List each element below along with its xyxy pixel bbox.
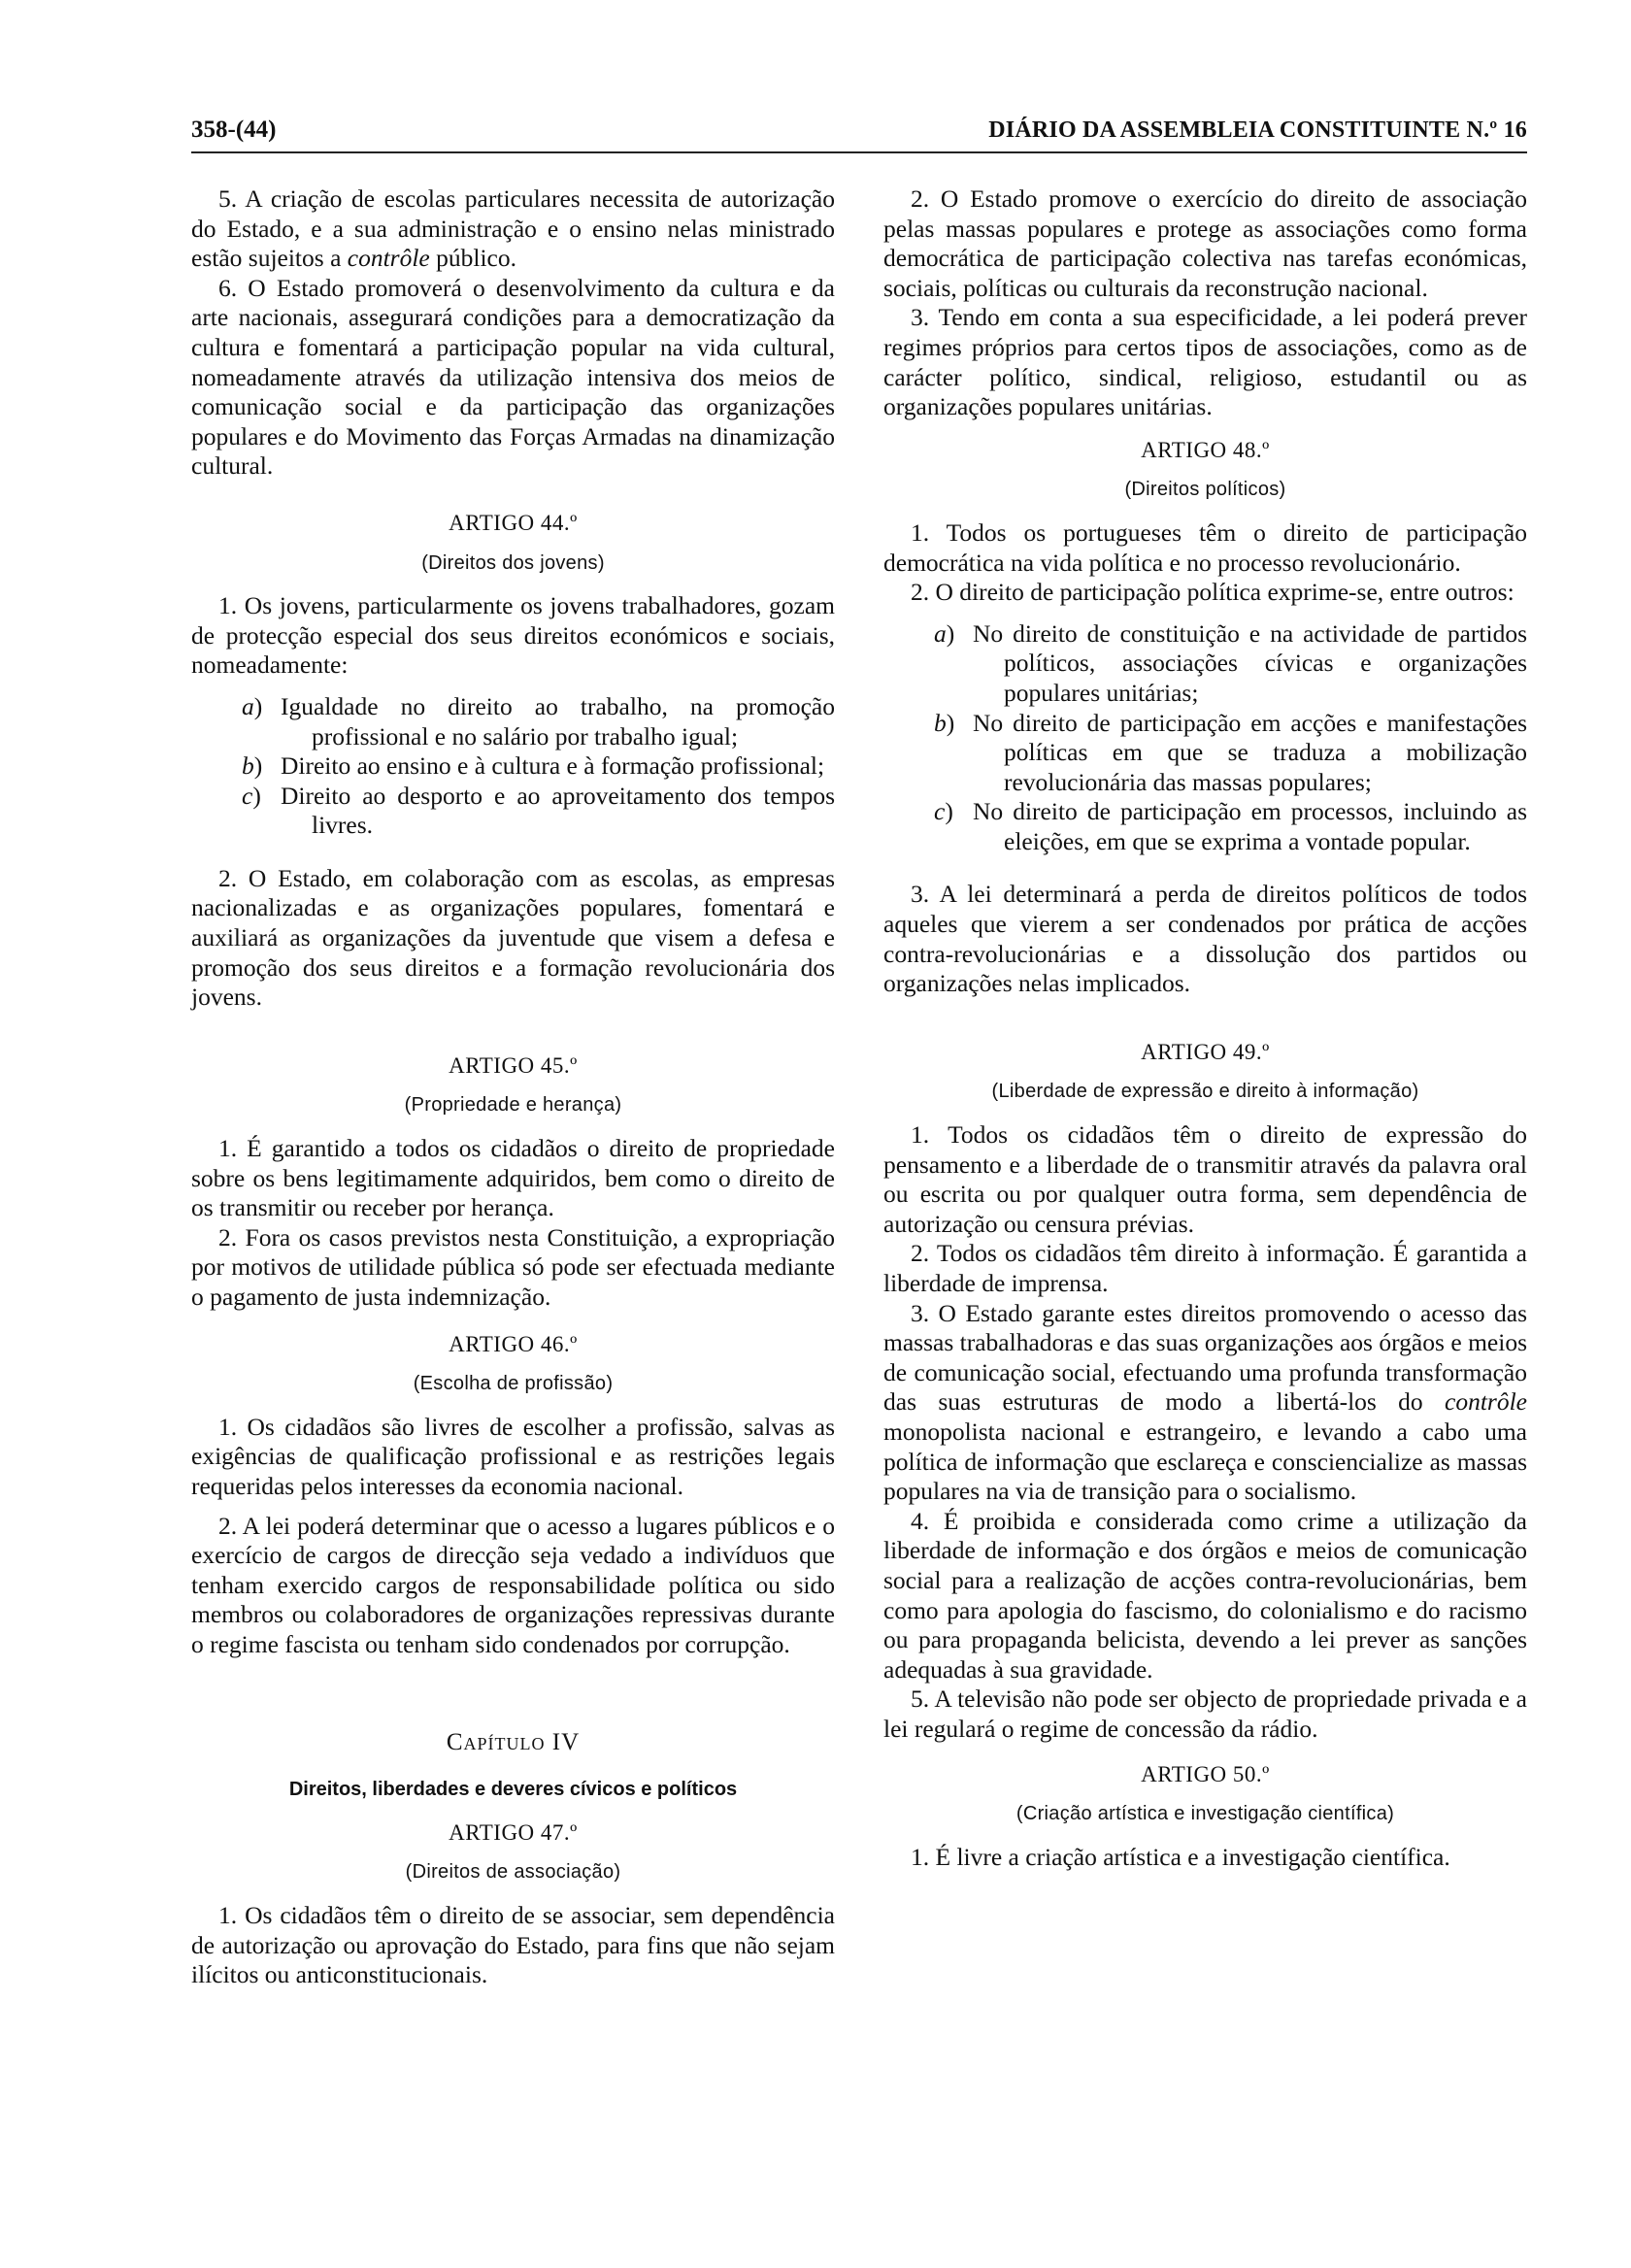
item-list: a)No direito de constituição e na activi…: [883, 619, 1527, 857]
article-subtitle: (Propriedade e herança): [191, 1090, 835, 1120]
paragraph: 6. O Estado promoverá o desenvolvimento …: [191, 274, 835, 482]
paragraph: 1. Os cidadãos são livres de escolher a …: [191, 1413, 835, 1502]
item-text: No direito de participação em acções e m…: [973, 709, 1527, 798]
article-subtitle: (Escolha de profissão): [191, 1369, 835, 1399]
paragraph: 5. A criação de escolas particulares nec…: [191, 184, 835, 274]
right-column: 2. O Estado promove o exercício do direi…: [883, 184, 1527, 1990]
paragraph: 2. Fora os casos previstos nesta Constit…: [191, 1223, 835, 1313]
paragraph: 2. A lei poderá determinar que o acesso …: [191, 1512, 835, 1660]
article-heading: ARTIGO 49.º: [883, 1038, 1527, 1068]
item-label: a): [934, 619, 973, 709]
journal-title: DIÁRIO DA ASSEMBLEIA CONSTITUINTE N.º 16: [988, 117, 1527, 144]
two-column-body: 5. A criação de escolas particulares nec…: [191, 184, 1527, 1990]
paragraph: 1. É garantido a todos os cidadãos o dir…: [191, 1134, 835, 1223]
list-item: b)No direito de participação em acções e…: [883, 709, 1527, 798]
article-subtitle: (Criação artística e investigação cientí…: [883, 1799, 1527, 1829]
article-heading: ARTIGO 44.º: [191, 509, 835, 539]
list-item: b)Direito ao ensino e à cultura e à form…: [191, 751, 835, 782]
list-item: c)Direito ao desporto e ao aproveitament…: [191, 782, 835, 841]
italic-term: contrôle: [348, 244, 430, 272]
item-text: Direito ao ensino e à cultura e à formaç…: [281, 751, 835, 782]
paragraph: 2. O Estado, em colaboração com as escol…: [191, 864, 835, 1013]
item-text: No direito de participação em processos,…: [973, 797, 1527, 856]
article-heading: ARTIGO 46.º: [191, 1330, 835, 1360]
header-rule: [191, 151, 1527, 153]
item-text: No direito de constituição e na activida…: [973, 619, 1527, 709]
paragraph: 1. É livre a criação artística e a inves…: [883, 1843, 1527, 1873]
paragraph: 1. Todos os portugueses têm o direito de…: [883, 518, 1527, 578]
paragraph: 3. O Estado garante estes direitos promo…: [883, 1299, 1527, 1507]
paragraph: 4. É proibida e considerada como crime a…: [883, 1507, 1527, 1685]
article-heading: ARTIGO 45.º: [191, 1051, 835, 1082]
paragraph-text: público.: [430, 244, 516, 272]
item-label: a): [242, 692, 281, 751]
article-subtitle: (Direitos políticos): [883, 475, 1527, 505]
paragraph: 2. Todos os cidadãos têm direito à infor…: [883, 1239, 1527, 1298]
article-heading: ARTIGO 47.º: [191, 1818, 835, 1849]
paragraph: 1. Os jovens, particularmente os jovens …: [191, 591, 835, 681]
item-label: b): [242, 751, 281, 782]
item-text: Igualdade no direito ao trabalho, na pro…: [281, 692, 835, 751]
article-heading: ARTIGO 50.º: [883, 1760, 1527, 1790]
paragraph: 3. A lei determinará a perda de direitos…: [883, 880, 1527, 998]
paragraph: 3. Tendo em conta a sua especificidade, …: [883, 303, 1527, 421]
item-label: b): [934, 709, 973, 798]
list-item: c)No direito de participação em processo…: [883, 797, 1527, 856]
list-item: a)No direito de constituição e na activi…: [883, 619, 1527, 709]
paragraph-text: 3. O Estado garante estes direitos promo…: [883, 1299, 1527, 1417]
article-subtitle: (Direitos de associação): [191, 1857, 835, 1887]
paragraph: 1. Os cidadãos têm o direito de se assoc…: [191, 1901, 835, 1990]
paragraph: 2. O direito de participação política ex…: [883, 578, 1527, 608]
list-item: a)Igualdade no direito ao trabalho, na p…: [191, 692, 835, 751]
item-label: c): [242, 782, 281, 841]
item-list: a)Igualdade no direito ao trabalho, na p…: [191, 692, 835, 841]
chapter-heading: Capítulo IV: [191, 1728, 835, 1758]
paragraph: 5. A televisão não pode ser objecto de p…: [883, 1684, 1527, 1744]
paragraph-text: monopolista nacional e estrangeiro, e le…: [883, 1417, 1527, 1505]
document-page: 358-(44) DIÁRIO DA ASSEMBLEIA CONSTITUIN…: [191, 115, 1527, 153]
left-column: 5. A criação de escolas particulares nec…: [191, 184, 835, 1990]
paragraph: 2. O Estado promove o exercício do direi…: [883, 184, 1527, 303]
page-number: 358-(44): [191, 117, 276, 144]
paragraph: 1. Todos os cidadãos têm o direito de ex…: [883, 1120, 1527, 1239]
italic-term: contrôle: [1445, 1387, 1527, 1416]
article-heading: ARTIGO 48.º: [883, 436, 1527, 466]
chapter-subtitle: Direitos, liberdades e deveres cívicos e…: [191, 1775, 835, 1805]
page-header: 358-(44) DIÁRIO DA ASSEMBLEIA CONSTITUIN…: [191, 115, 1527, 144]
item-text: Direito ao desporto e ao aproveitamento …: [281, 782, 835, 841]
article-subtitle: (Liberdade de expressão e direito à info…: [883, 1077, 1527, 1107]
article-subtitle: (Direitos dos jovens): [191, 549, 835, 579]
item-label: c): [934, 797, 973, 856]
spacer: [191, 1502, 835, 1512]
